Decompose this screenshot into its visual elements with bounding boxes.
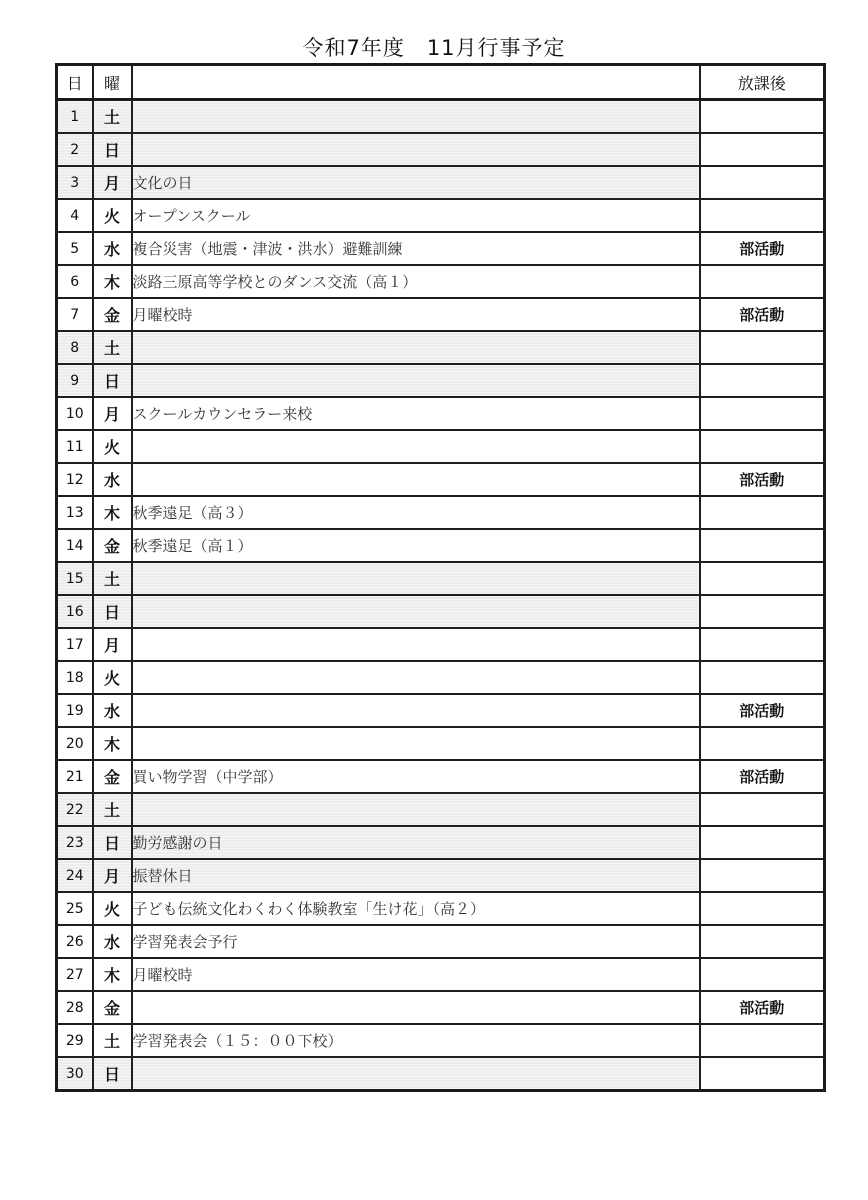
event-cell [132,793,700,826]
date-cell: 12 [57,463,93,496]
after-school-cell [700,430,825,463]
table-row: 29土学習発表会（１５：００下校） [57,1024,825,1057]
after-school-cell: 部活動 [700,232,825,265]
after-school-cell [700,199,825,232]
after-school-cell [700,1024,825,1057]
day-of-week-cell: 金 [93,529,132,562]
event-cell: 学習発表会（１５：００下校） [132,1024,700,1057]
table-row: 10月スクールカウンセラー来校 [57,397,825,430]
after-school-cell [700,364,825,397]
event-cell: 複合災害（地震・津波・洪水）避難訓練 [132,232,700,265]
date-cell: 22 [57,793,93,826]
day-of-week-cell: 木 [93,265,132,298]
event-cell: 月曜校時 [132,958,700,991]
event-cell [132,364,700,397]
after-school-cell [700,133,825,166]
event-cell: 月曜校時 [132,298,700,331]
after-school-cell: 部活動 [700,991,825,1024]
date-cell: 20 [57,727,93,760]
header-day-of-week: 曜 [93,65,132,100]
date-cell: 19 [57,694,93,727]
event-cell: 秋季遠足（高３） [132,496,700,529]
date-cell: 16 [57,595,93,628]
event-cell [132,463,700,496]
table-row: 4火オープンスクール [57,199,825,232]
event-cell: 子ども伝統文化わくわく体験教室「生け花」（高２） [132,892,700,925]
date-cell: 3 [57,166,93,199]
after-school-cell [700,562,825,595]
date-cell: 24 [57,859,93,892]
event-cell [132,100,700,134]
date-cell: 26 [57,925,93,958]
day-of-week-cell: 日 [93,826,132,859]
after-school-cell [700,496,825,529]
event-cell: スクールカウンセラー来校 [132,397,700,430]
day-of-week-cell: 金 [93,760,132,793]
header-event [132,65,700,100]
day-of-week-cell: 水 [93,463,132,496]
table-row: 30日 [57,1057,825,1091]
after-school-cell: 部活動 [700,760,825,793]
day-of-week-cell: 日 [93,595,132,628]
table-row: 23日勤労感謝の日 [57,826,825,859]
after-school-cell [700,100,825,134]
table-row: 25火子ども伝統文化わくわく体験教室「生け花」（高２） [57,892,825,925]
after-school-cell: 部活動 [700,463,825,496]
event-cell [132,628,700,661]
day-of-week-cell: 月 [93,628,132,661]
day-of-week-cell: 月 [93,859,132,892]
day-of-week-cell: 月 [93,166,132,199]
event-cell [132,991,700,1024]
table-row: 5水複合災害（地震・津波・洪水）避難訓練部活動 [57,232,825,265]
day-of-week-cell: 金 [93,298,132,331]
event-cell [132,595,700,628]
day-of-week-cell: 土 [93,562,132,595]
date-cell: 17 [57,628,93,661]
schedule-table: 日 曜 放課後 1土2日3月文化の日4火オープンスクール5水複合災害（地震・津波… [55,63,826,1092]
day-of-week-cell: 火 [93,892,132,925]
event-cell [132,1057,700,1091]
date-cell: 8 [57,331,93,364]
date-cell: 9 [57,364,93,397]
after-school-cell [700,595,825,628]
date-cell: 6 [57,265,93,298]
event-cell: 淡路三原高等学校とのダンス交流（高１） [132,265,700,298]
after-school-cell [700,661,825,694]
table-row: 24月振替休日 [57,859,825,892]
event-cell: 秋季遠足（高１） [132,529,700,562]
after-school-cell [700,628,825,661]
event-cell [132,694,700,727]
date-cell: 25 [57,892,93,925]
day-of-week-cell: 土 [93,1024,132,1057]
table-row: 19水部活動 [57,694,825,727]
date-cell: 2 [57,133,93,166]
event-cell [132,133,700,166]
table-row: 16日 [57,595,825,628]
date-cell: 7 [57,298,93,331]
after-school-cell [700,958,825,991]
day-of-week-cell: 火 [93,199,132,232]
after-school-cell [700,859,825,892]
date-cell: 14 [57,529,93,562]
after-school-cell [700,826,825,859]
date-cell: 27 [57,958,93,991]
day-of-week-cell: 土 [93,793,132,826]
table-row: 28金部活動 [57,991,825,1024]
day-of-week-cell: 日 [93,1057,132,1091]
day-of-week-cell: 土 [93,100,132,134]
table-row: 11火 [57,430,825,463]
event-cell [132,562,700,595]
after-school-cell [700,166,825,199]
date-cell: 1 [57,100,93,134]
date-cell: 23 [57,826,93,859]
event-cell [132,661,700,694]
header-after-school: 放課後 [700,65,825,100]
date-cell: 15 [57,562,93,595]
table-row: 6木淡路三原高等学校とのダンス交流（高１） [57,265,825,298]
event-cell: オープンスクール [132,199,700,232]
date-cell: 30 [57,1057,93,1091]
table-row: 22土 [57,793,825,826]
day-of-week-cell: 火 [93,430,132,463]
day-of-week-cell: 水 [93,232,132,265]
day-of-week-cell: 木 [93,727,132,760]
date-cell: 29 [57,1024,93,1057]
day-of-week-cell: 水 [93,925,132,958]
date-cell: 18 [57,661,93,694]
date-cell: 21 [57,760,93,793]
table-row: 13木秋季遠足（高３） [57,496,825,529]
event-cell [132,727,700,760]
after-school-cell [700,265,825,298]
table-row: 27木月曜校時 [57,958,825,991]
day-of-week-cell: 日 [93,364,132,397]
table-row: 12水部活動 [57,463,825,496]
date-cell: 11 [57,430,93,463]
header-date: 日 [57,65,93,100]
day-of-week-cell: 木 [93,958,132,991]
date-cell: 10 [57,397,93,430]
event-cell: 振替休日 [132,859,700,892]
table-row: 20木 [57,727,825,760]
day-of-week-cell: 月 [93,397,132,430]
table-row: 15土 [57,562,825,595]
after-school-cell [700,793,825,826]
table-row: 26水学習発表会予行 [57,925,825,958]
date-cell: 5 [57,232,93,265]
table-row: 8土 [57,331,825,364]
page-title: 令和7年度 11月行事予定 [0,32,868,62]
table-row: 3月文化の日 [57,166,825,199]
after-school-cell [700,1057,825,1091]
event-cell [132,430,700,463]
table-row: 7金月曜校時部活動 [57,298,825,331]
table-row: 2日 [57,133,825,166]
day-of-week-cell: 木 [93,496,132,529]
event-cell: 買い物学習（中学部） [132,760,700,793]
event-cell [132,331,700,364]
after-school-cell [700,331,825,364]
table-row: 14金秋季遠足（高１） [57,529,825,562]
table-header-row: 日 曜 放課後 [57,65,825,100]
after-school-cell: 部活動 [700,694,825,727]
event-cell: 学習発表会予行 [132,925,700,958]
after-school-cell [700,529,825,562]
table-row: 9日 [57,364,825,397]
after-school-cell [700,397,825,430]
after-school-cell [700,925,825,958]
after-school-cell [700,727,825,760]
schedule-body: 1土2日3月文化の日4火オープンスクール5水複合災害（地震・津波・洪水）避難訓練… [57,100,825,1091]
after-school-cell: 部活動 [700,298,825,331]
date-cell: 28 [57,991,93,1024]
table-row: 1土 [57,100,825,134]
table-row: 21金買い物学習（中学部）部活動 [57,760,825,793]
table-row: 17月 [57,628,825,661]
date-cell: 13 [57,496,93,529]
day-of-week-cell: 水 [93,694,132,727]
day-of-week-cell: 日 [93,133,132,166]
day-of-week-cell: 土 [93,331,132,364]
date-cell: 4 [57,199,93,232]
day-of-week-cell: 火 [93,661,132,694]
table-row: 18火 [57,661,825,694]
event-cell: 勤労感謝の日 [132,826,700,859]
after-school-cell [700,892,825,925]
day-of-week-cell: 金 [93,991,132,1024]
event-cell: 文化の日 [132,166,700,199]
